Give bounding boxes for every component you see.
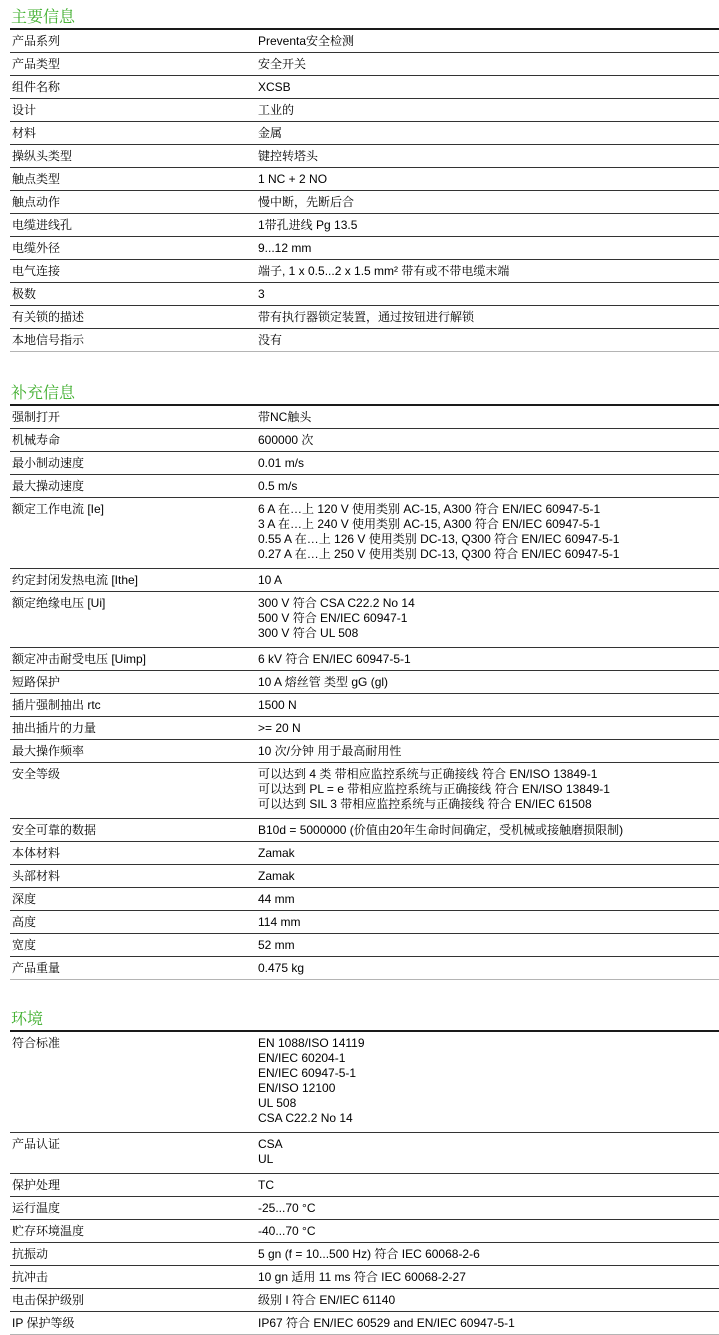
- section-title: 环境: [10, 1010, 719, 1030]
- section-supplementary-info: 补充信息 强制打开带NC触头机械寿命600000 次最小制动速度0.01 m/s…: [10, 384, 719, 980]
- spec-value: TC: [258, 1174, 719, 1196]
- spec-value-line: EN/IEC 60204-1: [258, 1051, 719, 1066]
- spec-value-line: 600000 次: [258, 433, 719, 448]
- spec-label: 有关锁的描述: [10, 306, 258, 328]
- spec-value-line: 6 kV 符合 EN/IEC 60947-5-1: [258, 652, 719, 667]
- spec-value: >= 20 N: [258, 717, 719, 739]
- spec-label: 产品重量: [10, 957, 258, 979]
- spec-value: 10 A 熔丝管 类型 gG (gl): [258, 671, 719, 693]
- spec-label: 机械寿命: [10, 429, 258, 451]
- spec-value: 44 mm: [258, 888, 719, 910]
- spec-value: 键控转塔头: [258, 145, 719, 167]
- spec-value: 0.475 kg: [258, 957, 719, 979]
- table-row: 插片强制抽出 rtc1500 N: [10, 694, 719, 717]
- spec-label: 运行温度: [10, 1197, 258, 1219]
- spec-value: IP67 符合 EN/IEC 60529 and EN/IEC 60947-5-…: [258, 1312, 719, 1334]
- spec-value: B10d = 5000000 (价值由20年生命时间确定，受机械或接触磨损限制): [258, 819, 719, 841]
- spec-value-line: 0.475 kg: [258, 961, 719, 976]
- spec-value-line: 10 A: [258, 573, 719, 588]
- table-row: 有关锁的描述带有执行器锁定装置，通过按钮进行解锁: [10, 306, 719, 329]
- spec-value-line: 3: [258, 287, 719, 302]
- table-row: 约定封闭发热电流 [Ithe]10 A: [10, 569, 719, 592]
- spec-value-line: -40...70 °C: [258, 1224, 719, 1239]
- spec-label: 电缆外径: [10, 237, 258, 259]
- spec-value-line: EN/ISO 12100: [258, 1081, 719, 1096]
- spec-value: 600000 次: [258, 429, 719, 451]
- spec-value: -25...70 °C: [258, 1197, 719, 1219]
- spec-value: EN 1088/ISO 14119EN/IEC 60204-1EN/IEC 60…: [258, 1032, 719, 1132]
- spec-label: 安全等级: [10, 763, 258, 818]
- spec-label: 极数: [10, 283, 258, 305]
- spec-label: 电击保护级别: [10, 1289, 258, 1311]
- spec-value-line: 键控转塔头: [258, 149, 719, 164]
- spec-label: 设计: [10, 99, 258, 121]
- table-row: 材料金属: [10, 122, 719, 145]
- table-row: 最大操动速度0.5 m/s: [10, 475, 719, 498]
- spec-value-line: TC: [258, 1178, 719, 1193]
- spec-label: 组件名称: [10, 76, 258, 98]
- spec-value-line: 114 mm: [258, 915, 719, 930]
- spec-value: CSAUL: [258, 1133, 719, 1173]
- table-row: IP 保护等级IP67 符合 EN/IEC 60529 and EN/IEC 6…: [10, 1312, 719, 1335]
- spec-value: 3: [258, 283, 719, 305]
- table-row: 保护处理TC: [10, 1174, 719, 1197]
- spec-label: 头部材料: [10, 865, 258, 887]
- table-row: 额定工作电流 [Ie]6 A 在…上 120 V 使用类别 AC-15, A30…: [10, 498, 719, 569]
- table-row: 深度44 mm: [10, 888, 719, 911]
- spec-value: 10 A: [258, 569, 719, 591]
- table-row: 宽度52 mm: [10, 934, 719, 957]
- spec-value-line: 带有执行器锁定装置，通过按钮进行解锁: [258, 310, 719, 325]
- spec-value: 0.5 m/s: [258, 475, 719, 497]
- table-row: 抗振动5 gn (f = 10...500 Hz) 符合 IEC 60068-2…: [10, 1243, 719, 1266]
- spec-value-line: 10 gn 适用 11 ms 符合 IEC 60068-2-27: [258, 1270, 719, 1285]
- spec-label: 额定冲击耐受电压 [Uimp]: [10, 648, 258, 670]
- spec-value-line: 3 A 在…上 240 V 使用类别 AC-15, A300 符合 EN/IEC…: [258, 517, 719, 532]
- spec-label: 高度: [10, 911, 258, 933]
- spec-value-line: 500 V 符合 EN/IEC 60947-1: [258, 611, 719, 626]
- spec-value: 10 次/分钟 用于最高耐用性: [258, 740, 719, 762]
- spec-label: 贮存环境温度: [10, 1220, 258, 1242]
- spec-value: 可以达到 4 类 带相应监控系统与正确接线 符合 EN/ISO 13849-1可…: [258, 763, 719, 818]
- spec-value-line: 1 NC + 2 NO: [258, 172, 719, 187]
- table-row: 触点动作慢中断，先断后合: [10, 191, 719, 214]
- spec-value: 慢中断，先断后合: [258, 191, 719, 213]
- spec-value: 带NC触头: [258, 406, 719, 428]
- spec-value-line: 300 V 符合 CSA C22.2 No 14: [258, 596, 719, 611]
- spec-value-line: EN 1088/ISO 14119: [258, 1036, 719, 1051]
- spec-value-line: 1带孔进线 Pg 13.5: [258, 218, 719, 233]
- spec-label: 抗振动: [10, 1243, 258, 1265]
- table-row: 电缆外径9...12 mm: [10, 237, 719, 260]
- spec-value: 没有: [258, 329, 719, 351]
- table-row: 高度114 mm: [10, 911, 719, 934]
- spec-label: 抗冲击: [10, 1266, 258, 1288]
- spec-value-line: CSA C22.2 No 14: [258, 1111, 719, 1126]
- spec-value-line: 可以达到 4 类 带相应监控系统与正确接线 符合 EN/ISO 13849-1: [258, 767, 719, 782]
- spec-value: -40...70 °C: [258, 1220, 719, 1242]
- spec-label: 短路保护: [10, 671, 258, 693]
- spec-value-line: 1500 N: [258, 698, 719, 713]
- table-row: 运行温度-25...70 °C: [10, 1197, 719, 1220]
- spec-label: 额定工作电流 [Ie]: [10, 498, 258, 568]
- spec-value-line: 44 mm: [258, 892, 719, 907]
- table-row: 电缆进线孔1带孔进线 Pg 13.5: [10, 214, 719, 237]
- table-row: 短路保护10 A 熔丝管 类型 gG (gl): [10, 671, 719, 694]
- table-row: 抽出插片的力量>= 20 N: [10, 717, 719, 740]
- spec-value-line: 级别 I 符合 EN/IEC 61140: [258, 1293, 719, 1308]
- spec-value: 1500 N: [258, 694, 719, 716]
- table-row: 极数3: [10, 283, 719, 306]
- spec-value-line: 10 A 熔丝管 类型 gG (gl): [258, 675, 719, 690]
- spec-value: 0.01 m/s: [258, 452, 719, 474]
- spec-value-line: IP67 符合 EN/IEC 60529 and EN/IEC 60947-5-…: [258, 1316, 719, 1331]
- spec-value-line: EN/IEC 60947-5-1: [258, 1066, 719, 1081]
- spec-value-line: 0.55 A 在…上 126 V 使用类别 DC-13, Q300 符合 EN/…: [258, 532, 719, 547]
- spec-value: 端子, 1 x 0.5...2 x 1.5 mm² 带有或不带电缆末端: [258, 260, 719, 282]
- spec-value-line: Zamak: [258, 869, 719, 884]
- table-row: 本地信号指示没有: [10, 329, 719, 352]
- table-row: 设计工业的: [10, 99, 719, 122]
- spec-value: 1带孔进线 Pg 13.5: [258, 214, 719, 236]
- spec-value: 金属: [258, 122, 719, 144]
- spec-value-line: -25...70 °C: [258, 1201, 719, 1216]
- spec-value: 114 mm: [258, 911, 719, 933]
- spec-value-line: 没有: [258, 333, 719, 348]
- spec-label: 产品类型: [10, 53, 258, 75]
- table-row: 额定绝缘电压 [Ui]300 V 符合 CSA C22.2 No 14500 V…: [10, 592, 719, 648]
- spec-value: Zamak: [258, 865, 719, 887]
- spec-label: 插片强制抽出 rtc: [10, 694, 258, 716]
- table-row: 安全等级可以达到 4 类 带相应监控系统与正确接线 符合 EN/ISO 1384…: [10, 763, 719, 819]
- spec-value-line: 可以达到 SIL 3 带相应监控系统与正确接线 符合 EN/IEC 61508: [258, 797, 719, 812]
- spec-value-line: 0.27 A 在…上 250 V 使用类别 DC-13, Q300 符合 EN/…: [258, 547, 719, 562]
- spec-label: 抽出插片的力量: [10, 717, 258, 739]
- spec-label: 最大操作频率: [10, 740, 258, 762]
- spec-value-line: 9...12 mm: [258, 241, 719, 256]
- spec-label: 最大操动速度: [10, 475, 258, 497]
- spec-value: 工业的: [258, 99, 719, 121]
- table-row: 最大操作频率10 次/分钟 用于最高耐用性: [10, 740, 719, 763]
- section-title: 补充信息: [10, 384, 719, 404]
- spec-value: 300 V 符合 CSA C22.2 No 14500 V 符合 EN/IEC …: [258, 592, 719, 647]
- spec-label: 本地信号指示: [10, 329, 258, 351]
- spec-value: Preventa安全检测: [258, 30, 719, 52]
- table-row: 组件名称XCSB: [10, 76, 719, 99]
- spec-label: 电气连接: [10, 260, 258, 282]
- spec-value-line: 慢中断，先断后合: [258, 195, 719, 210]
- spec-label: 产品认证: [10, 1133, 258, 1173]
- spec-value: 6 kV 符合 EN/IEC 60947-5-1: [258, 648, 719, 670]
- spec-value: 带有执行器锁定装置，通过按钮进行解锁: [258, 306, 719, 328]
- spec-value-line: 0.01 m/s: [258, 456, 719, 471]
- table-row: 产品系列Preventa安全检测: [10, 30, 719, 53]
- spec-value-line: 端子, 1 x 0.5...2 x 1.5 mm² 带有或不带电缆末端: [258, 264, 719, 279]
- table-row: 触点类型1 NC + 2 NO: [10, 168, 719, 191]
- spec-value: Zamak: [258, 842, 719, 864]
- spec-value-line: Preventa安全检测: [258, 34, 719, 49]
- spec-label: 最小制动速度: [10, 452, 258, 474]
- spec-value-line: 工业的: [258, 103, 719, 118]
- spec-value-line: B10d = 5000000 (价值由20年生命时间确定，受机械或接触磨损限制): [258, 823, 719, 838]
- table-row: 产品重量0.475 kg: [10, 957, 719, 980]
- spec-label: 材料: [10, 122, 258, 144]
- spec-label: 操纵头类型: [10, 145, 258, 167]
- table-row: 头部材料Zamak: [10, 865, 719, 888]
- table-row: 安全可靠的数据B10d = 5000000 (价值由20年生命时间确定，受机械或…: [10, 819, 719, 842]
- spec-table: 强制打开带NC触头机械寿命600000 次最小制动速度0.01 m/s最大操动速…: [10, 404, 719, 980]
- spec-value: 52 mm: [258, 934, 719, 956]
- spec-value: 9...12 mm: [258, 237, 719, 259]
- spec-label: 深度: [10, 888, 258, 910]
- spec-value-line: 300 V 符合 UL 508: [258, 626, 719, 641]
- spec-value-line: 安全开关: [258, 57, 719, 72]
- table-row: 电气连接端子, 1 x 0.5...2 x 1.5 mm² 带有或不带电缆末端: [10, 260, 719, 283]
- spec-label: 强制打开: [10, 406, 258, 428]
- table-row: 贮存环境温度-40...70 °C: [10, 1220, 719, 1243]
- spec-label: 触点类型: [10, 168, 258, 190]
- spec-value: 10 gn 适用 11 ms 符合 IEC 60068-2-27: [258, 1266, 719, 1288]
- spec-label: 宽度: [10, 934, 258, 956]
- table-row: 电击保护级别级别 I 符合 EN/IEC 61140: [10, 1289, 719, 1312]
- table-row: 产品类型安全开关: [10, 53, 719, 76]
- spec-label: 本体材料: [10, 842, 258, 864]
- spec-label: 约定封闭发热电流 [Ithe]: [10, 569, 258, 591]
- spec-value-line: 金属: [258, 126, 719, 141]
- spec-table: 产品系列Preventa安全检测产品类型安全开关组件名称XCSB设计工业的材料金…: [10, 28, 719, 352]
- spec-label: 额定绝缘电压 [Ui]: [10, 592, 258, 647]
- spec-value-line: XCSB: [258, 80, 719, 95]
- spec-value-line: 6 A 在…上 120 V 使用类别 AC-15, A300 符合 EN/IEC…: [258, 502, 719, 517]
- spec-value-line: 52 mm: [258, 938, 719, 953]
- spec-value-line: 可以达到 PL = e 带相应监控系统与正确接线 符合 EN/ISO 13849…: [258, 782, 719, 797]
- spec-label: 安全可靠的数据: [10, 819, 258, 841]
- spec-value-line: Zamak: [258, 846, 719, 861]
- spec-value-line: 5 gn (f = 10...500 Hz) 符合 IEC 60068-2-6: [258, 1247, 719, 1262]
- spec-table: 符合标准EN 1088/ISO 14119EN/IEC 60204-1EN/IE…: [10, 1030, 719, 1335]
- table-row: 产品认证CSAUL: [10, 1133, 719, 1174]
- section-environment: 环境 符合标准EN 1088/ISO 14119EN/IEC 60204-1EN…: [10, 1010, 719, 1335]
- spec-value-line: UL: [258, 1152, 719, 1167]
- table-row: 强制打开带NC触头: [10, 406, 719, 429]
- spec-value-line: 0.5 m/s: [258, 479, 719, 494]
- spec-label: 电缆进线孔: [10, 214, 258, 236]
- spec-value-line: CSA: [258, 1137, 719, 1152]
- table-row: 最小制动速度0.01 m/s: [10, 452, 719, 475]
- spec-label: 保护处理: [10, 1174, 258, 1196]
- table-row: 操纵头类型键控转塔头: [10, 145, 719, 168]
- spec-value: 5 gn (f = 10...500 Hz) 符合 IEC 60068-2-6: [258, 1243, 719, 1265]
- table-row: 抗冲击10 gn 适用 11 ms 符合 IEC 60068-2-27: [10, 1266, 719, 1289]
- section-main-info: 主要信息 产品系列Preventa安全检测产品类型安全开关组件名称XCSB设计工…: [10, 8, 719, 352]
- spec-label: 产品系列: [10, 30, 258, 52]
- table-row: 机械寿命600000 次: [10, 429, 719, 452]
- spec-value-line: >= 20 N: [258, 721, 719, 736]
- table-row: 本体材料Zamak: [10, 842, 719, 865]
- table-row: 符合标准EN 1088/ISO 14119EN/IEC 60204-1EN/IE…: [10, 1032, 719, 1133]
- spec-value-line: 带NC触头: [258, 410, 719, 425]
- spec-value-line: 10 次/分钟 用于最高耐用性: [258, 744, 719, 759]
- spec-value-line: UL 508: [258, 1096, 719, 1111]
- spec-value: XCSB: [258, 76, 719, 98]
- spec-value: 安全开关: [258, 53, 719, 75]
- spec-label: 触点动作: [10, 191, 258, 213]
- spec-value: 6 A 在…上 120 V 使用类别 AC-15, A300 符合 EN/IEC…: [258, 498, 719, 568]
- spec-value: 级别 I 符合 EN/IEC 61140: [258, 1289, 719, 1311]
- table-row: 额定冲击耐受电压 [Uimp]6 kV 符合 EN/IEC 60947-5-1: [10, 648, 719, 671]
- section-title: 主要信息: [10, 8, 719, 28]
- spec-value: 1 NC + 2 NO: [258, 168, 719, 190]
- spec-label: 符合标准: [10, 1032, 258, 1132]
- spec-label: IP 保护等级: [10, 1312, 258, 1334]
